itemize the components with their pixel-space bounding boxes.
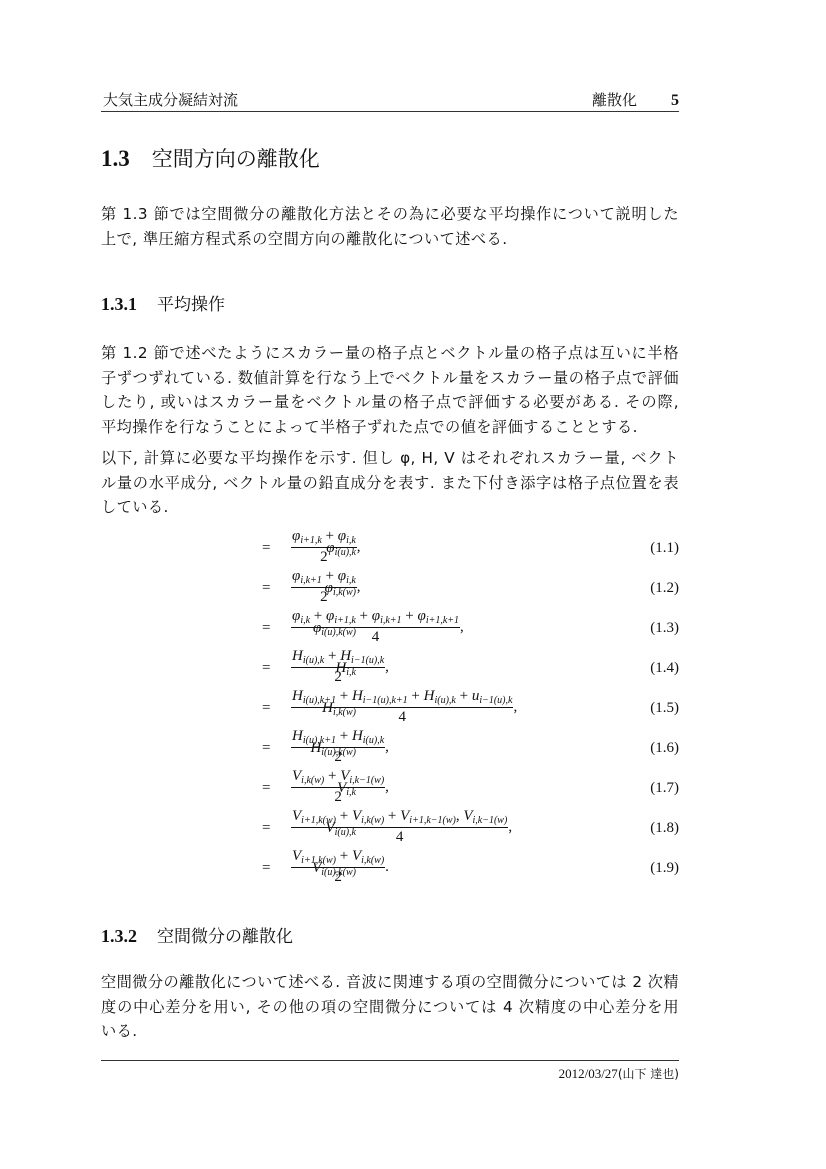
section-title: 空間方向の離散化: [152, 147, 320, 171]
equation-number: (1.8): [650, 820, 679, 837]
equation-number: (1.9): [650, 860, 679, 877]
equation-1-5: Hi,k(w) = Hi(u),k+1 + Hi−1(u),k+1 + Hi(u…: [101, 688, 679, 728]
footer-author: (山下 達也): [618, 1067, 679, 1081]
footer-rule: [101, 1060, 679, 1061]
section-heading: 1.3空間方向の離散化: [101, 143, 320, 173]
section-number: 1.3: [101, 146, 130, 171]
equation-number: (1.7): [650, 780, 679, 797]
header-title: 大気主成分凝結対流: [103, 89, 238, 110]
equation-1-3: φi(u),k(w) = φi,k + φi+1,k + φi,k+1 + φi…: [101, 608, 679, 648]
equation-1-6: Hi(u),k(w) = Hi(u),k+1 + Hi(u),k2, (1.6): [101, 728, 679, 768]
page-number: 5: [671, 92, 679, 109]
subsection-title-1: 平均操作: [157, 295, 225, 315]
equation-number: (1.6): [650, 740, 679, 757]
equation-number: (1.5): [650, 700, 679, 717]
equation-number: (1.2): [650, 580, 679, 597]
subsection-heading-1: 1.3.1平均操作: [101, 290, 225, 315]
paragraph-2: 以下, 計算に必要な平均操作を示す. 但し φ, H, V はそれぞれスカラー量…: [101, 446, 679, 520]
subsection-heading-2: 1.3.2空間微分の離散化: [101, 922, 293, 947]
equation-1-8: Vi(u),k = Vi+1,k(w) + Vi,k(w) + Vi+1,k−1…: [101, 808, 679, 848]
equation-1-4: Hi,k = Hi(u),k + Hi−1(u),k2, (1.4): [101, 648, 679, 688]
equation-1-9: Vi(u),k(w) = Vi+1,k(w) + Vi,k(w)2. (1.9): [101, 848, 679, 888]
paragraph-3: 空間微分の離散化について述べる. 音波に関連する項の空間微分については 2 次精…: [101, 970, 679, 1044]
equation-number: (1.4): [650, 660, 679, 677]
paragraph-1: 第 1.2 節で述べたようにスカラー量の格子点とベクトル量の格子点は互いに半格子…: [101, 341, 679, 439]
subsection-title-2: 空間微分の離散化: [157, 927, 293, 947]
equation-1-7: Vi,k = Vi,k(w) + Vi,k−1(w)2, (1.7): [101, 768, 679, 808]
footer-date: 2012/03/27: [559, 1066, 618, 1081]
equation-1-2: φi,k(w) = φi,k+1 + φi,k2, (1.2): [101, 568, 679, 608]
equation-1-1: φi(u),k = φi+1,k + φi,k2, (1.1): [101, 528, 679, 568]
equation-number: (1.3): [650, 620, 679, 637]
footer: 2012/03/27(山下 達也): [559, 1065, 679, 1082]
subsection-number-2: 1.3.2: [101, 926, 137, 946]
subsection-number-1: 1.3.1: [101, 294, 137, 314]
header-right: 離散化5: [592, 89, 679, 110]
running-header: 大気主成分凝結対流 離散化5: [101, 89, 679, 112]
equation-number: (1.1): [650, 540, 679, 557]
header-chapter: 離散化: [592, 91, 637, 109]
section-intro: 第 1.3 節では空間微分の離散化方法とその為に必要な平均操作について説明した上…: [101, 202, 679, 251]
